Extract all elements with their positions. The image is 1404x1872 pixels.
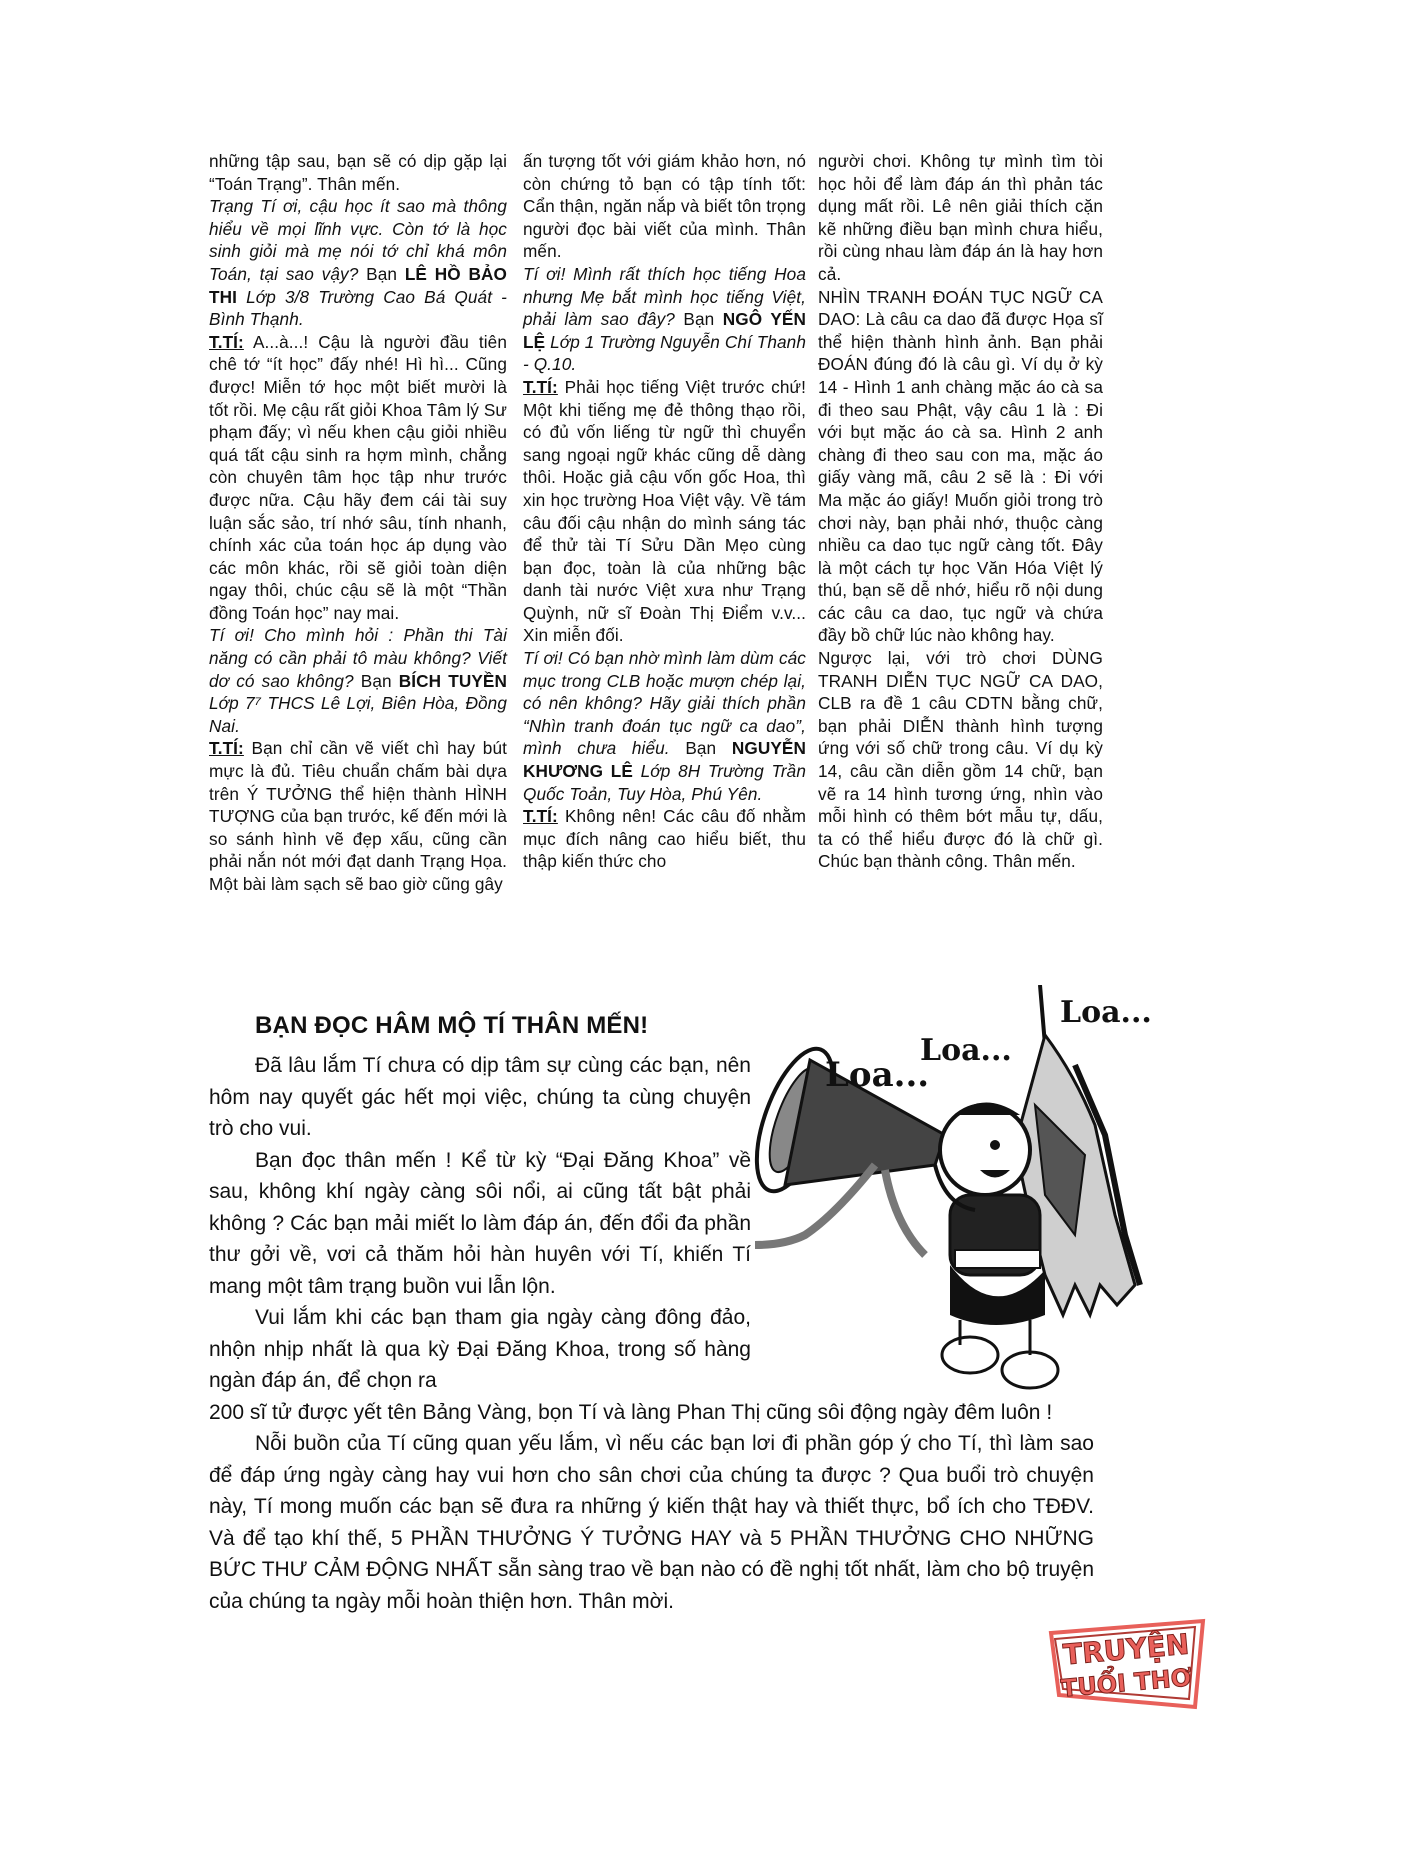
logo-badge-icon: TRUYỆN TUỔI THƠ <box>1045 1615 1210 1715</box>
paragraph: người chơi. Không tự mình tìm tòi học hỏ… <box>818 150 1103 286</box>
answer-label: T.TÍ: <box>209 738 244 758</box>
reader-question: Tí ơi! Cho mình hỏi : Phần thi Tài năng … <box>209 624 507 737</box>
answer-label: T.TÍ: <box>523 377 558 397</box>
reader-question: Tí ơi! Có bạn nhờ mình làm dùm các mục t… <box>523 647 806 805</box>
answer: T.TÍ: Bạn chỉ cần vẽ viết chì hay bút mự… <box>209 737 507 895</box>
reader-question: Trạng Tí ơi, cậu học ít sao mà thông hiể… <box>209 195 507 331</box>
reader-school: Lớp 3/8 Trường Cao Bá Quát - Bình Thạnh. <box>209 287 507 330</box>
shout-text: Loa... <box>1060 995 1152 1030</box>
reader-school: Lớp 7⁷ THCS Lê Lợi, Biên Hòa, Đồng Nai. <box>209 693 507 736</box>
article-paragraph: Vui lắm khi các bạn tham gia ngày càng đ… <box>209 1302 751 1397</box>
answer: T.TÍ: Không nên! Các câu đố nhằm mục đíc… <box>523 805 806 873</box>
answer: T.TÍ: A...à...! Cậu là người đầu tiên ch… <box>209 331 507 625</box>
truyen-tuoi-tho-logo: TRUYỆN TUỔI THƠ <box>1045 1615 1210 1715</box>
column-2: ấn tượng tốt với giám khảo hơn, nó còn c… <box>523 150 806 873</box>
paragraph: những tập sau, bạn sẽ có dịp gặp lại “To… <box>209 150 507 195</box>
answer-text: A...à...! Cậu là người đầu tiên chê tớ “… <box>209 332 507 623</box>
column-3: người chơi. Không tự mình tìm tòi học hỏ… <box>818 150 1103 873</box>
paragraph: ấn tượng tốt với giám khảo hơn, nó còn c… <box>523 150 806 263</box>
article-paragraph: Bạn đọc thân mến ! Kể từ kỳ “Đại Đăng Kh… <box>209 1145 751 1303</box>
answer-text: Phải học tiếng Việt trước chứ! Một khi t… <box>523 377 806 646</box>
shout-text: Loa... <box>920 1033 1012 1068</box>
answer-label: T.TÍ: <box>209 332 244 352</box>
reader-prefix: Bạn <box>361 671 392 691</box>
reader-prefix: Bạn <box>366 264 397 284</box>
column-1: những tập sau, bạn sẽ có dịp gặp lại “To… <box>209 150 507 896</box>
article-paragraph: Đã lâu lắm Tí chưa có dịp tâm sự cùng cá… <box>209 1050 751 1145</box>
paragraph: Ngược lại, với trò chơi DÙNG TRANH DIỄN … <box>818 647 1103 873</box>
reader-prefix: Bạn <box>685 738 716 758</box>
answer-text: Bạn chỉ cần vẽ viết chì hay bút mực là đ… <box>209 738 507 894</box>
answer-text: Không nên! Các câu đố nhằm mục đích nâng… <box>523 806 806 871</box>
shout-text: Loa... <box>825 1055 929 1095</box>
paragraph: NHÌN TRANH ĐOÁN TỤC NGỮ CA DAO: Là câu c… <box>818 286 1103 648</box>
reader-prefix: Bạn <box>683 309 714 329</box>
trumpet-boy-illustration: Loa... Loa... Loa... <box>745 985 1170 1405</box>
article-paragraph: Nỗi buồn của Tí cũng quan yếu lắm, vì nế… <box>209 1428 1094 1617</box>
reader-school: Lớp 1 Trường Nguyễn Chí Thanh - Q.10. <box>523 332 806 375</box>
article-heading: BẠN ĐỌC HÂM MỘ TÍ THÂN MẾN! <box>255 1012 648 1040</box>
answer: T.TÍ: Phải học tiếng Việt trước chứ! Một… <box>523 376 806 647</box>
reader-question: Tí ơi! Mình rất thích học tiếng Hoa nhưn… <box>523 263 806 376</box>
reader-name: BÍCH TUYỀN <box>399 671 507 691</box>
answer-label: T.TÍ: <box>523 806 558 826</box>
